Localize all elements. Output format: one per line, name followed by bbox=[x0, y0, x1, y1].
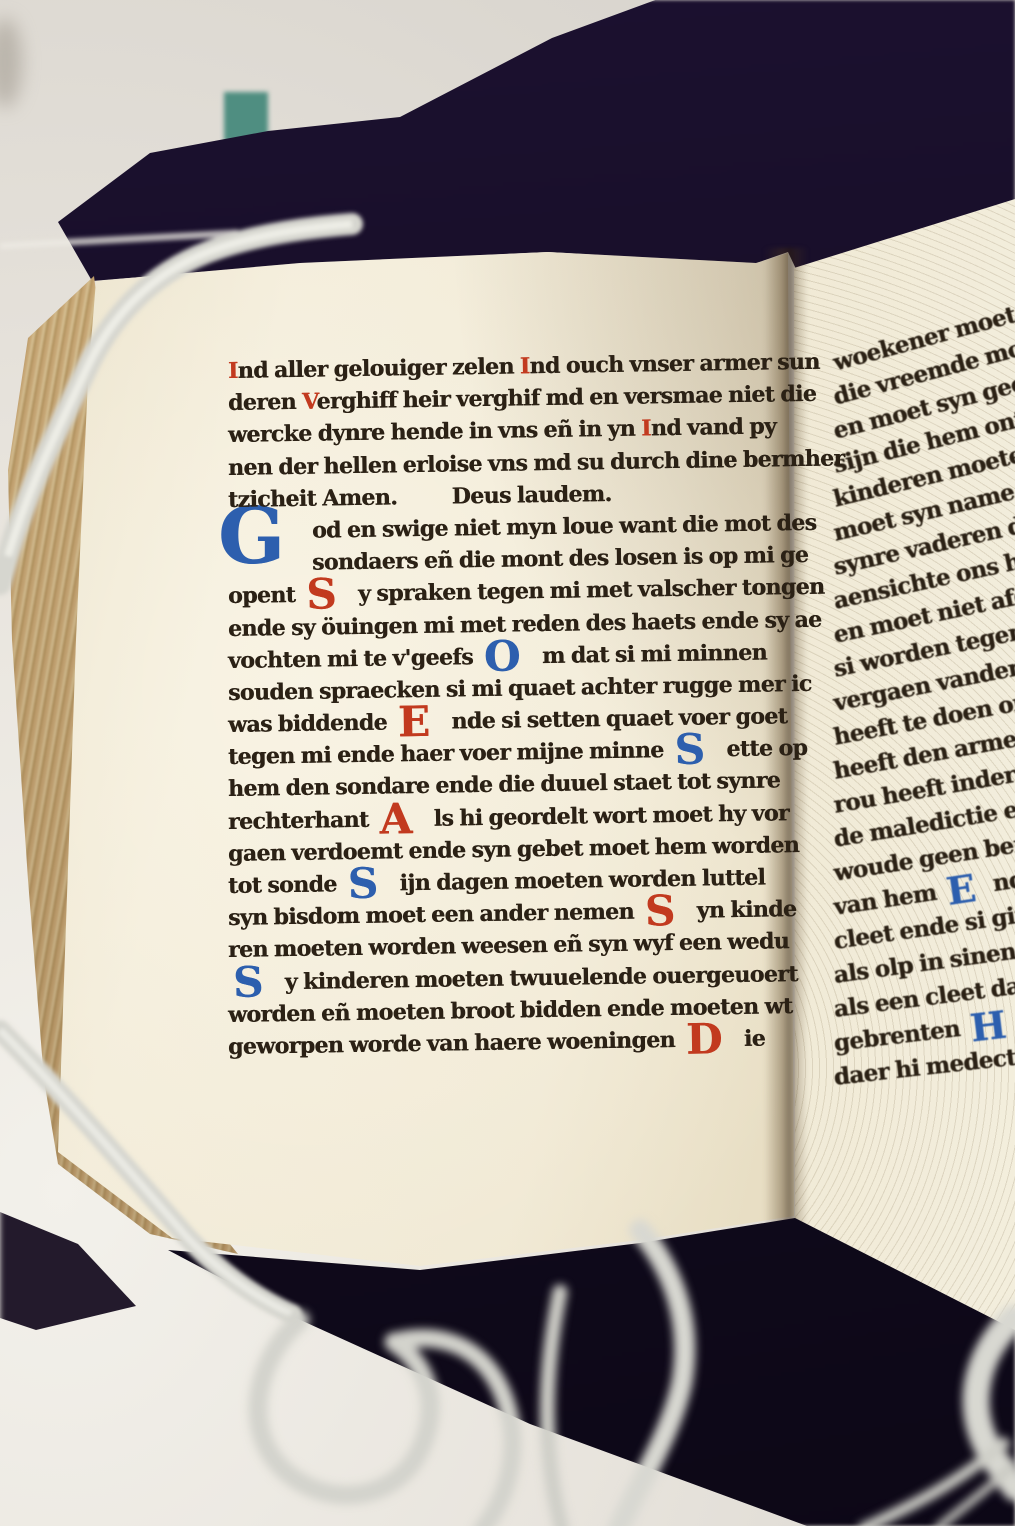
photo-scene: G Ind aller gelouiger zelen Ind ouch vns… bbox=[0, 0, 1015, 1526]
text-segment: I bbox=[520, 353, 530, 379]
text-segment: m dat si mi minnen bbox=[536, 639, 767, 669]
text-segment: nde bbox=[984, 864, 1015, 898]
right-page-text: woekener moet ondśdie vreemde moeten gen… bbox=[834, 348, 1015, 1096]
text-segment: y kinderen moeten twuuelende ouergeuoert bbox=[279, 961, 798, 995]
text-segment: wercke dynre hende in vns eñ in yn bbox=[228, 416, 642, 448]
text-segment: souden spraecken si mi quaet achter rugg… bbox=[228, 671, 812, 706]
text-segment: tzicheit Amen. Deus laudem. bbox=[228, 481, 612, 513]
text-segment: deren bbox=[228, 389, 302, 416]
text-segment: nde si setten quaet voer goet bbox=[445, 703, 787, 734]
text-segment: syn bisdom moet een ander nemen bbox=[228, 899, 640, 931]
text-segment: y spraken tegen mi met valscher tongen bbox=[352, 574, 825, 607]
text-segment: I bbox=[228, 358, 238, 384]
text-segment: erghiff heir verghif md en versmae niet … bbox=[316, 381, 816, 415]
text-segment: gaen verdoemt ende syn gebet moet hem wo… bbox=[228, 832, 799, 867]
text-segment: nd vand py bbox=[651, 414, 777, 442]
text-segment: rechterhant bbox=[228, 806, 375, 834]
text-segment: vochten mi te v'geefs bbox=[228, 644, 479, 674]
colored-initial: D bbox=[686, 1014, 723, 1064]
text-segment: nd aller gelouiger zelen bbox=[237, 353, 520, 383]
text-segment: I bbox=[641, 416, 651, 442]
text-segment: tot sonde bbox=[228, 871, 343, 899]
text-segment: V bbox=[302, 389, 317, 415]
text-segment: sondaers eñ die mont des losen is op mi … bbox=[312, 542, 809, 576]
text-segment: was biddende bbox=[228, 709, 393, 738]
text-segment: geworpen worde van haere woeningen bbox=[228, 1027, 681, 1060]
text-segment: ren moeten worden weesen eñ syn wyf een … bbox=[228, 929, 789, 964]
text-segment: ette op bbox=[720, 735, 807, 762]
text-segment: ie bbox=[738, 1026, 766, 1052]
text-segment: ijn dagen moeten worden luttel bbox=[393, 865, 765, 897]
text-segment: yn kinde bbox=[690, 896, 796, 924]
text-segment: od en swige niet myn loue want die mot d… bbox=[312, 510, 817, 544]
text-segment: tegen mi ende haer voer mijne minne bbox=[228, 737, 670, 770]
text-segment: hem den sondare ende die duuel staet tot… bbox=[228, 768, 780, 803]
text-segment: ls hi geordelt wort moet hy vor bbox=[427, 800, 789, 832]
text-segment: nd ouch vnser armer sun bbox=[529, 349, 819, 380]
left-page-text: G Ind aller gelouiger zelen Ind ouch vns… bbox=[228, 356, 803, 1064]
text-segment: opent bbox=[228, 582, 302, 609]
